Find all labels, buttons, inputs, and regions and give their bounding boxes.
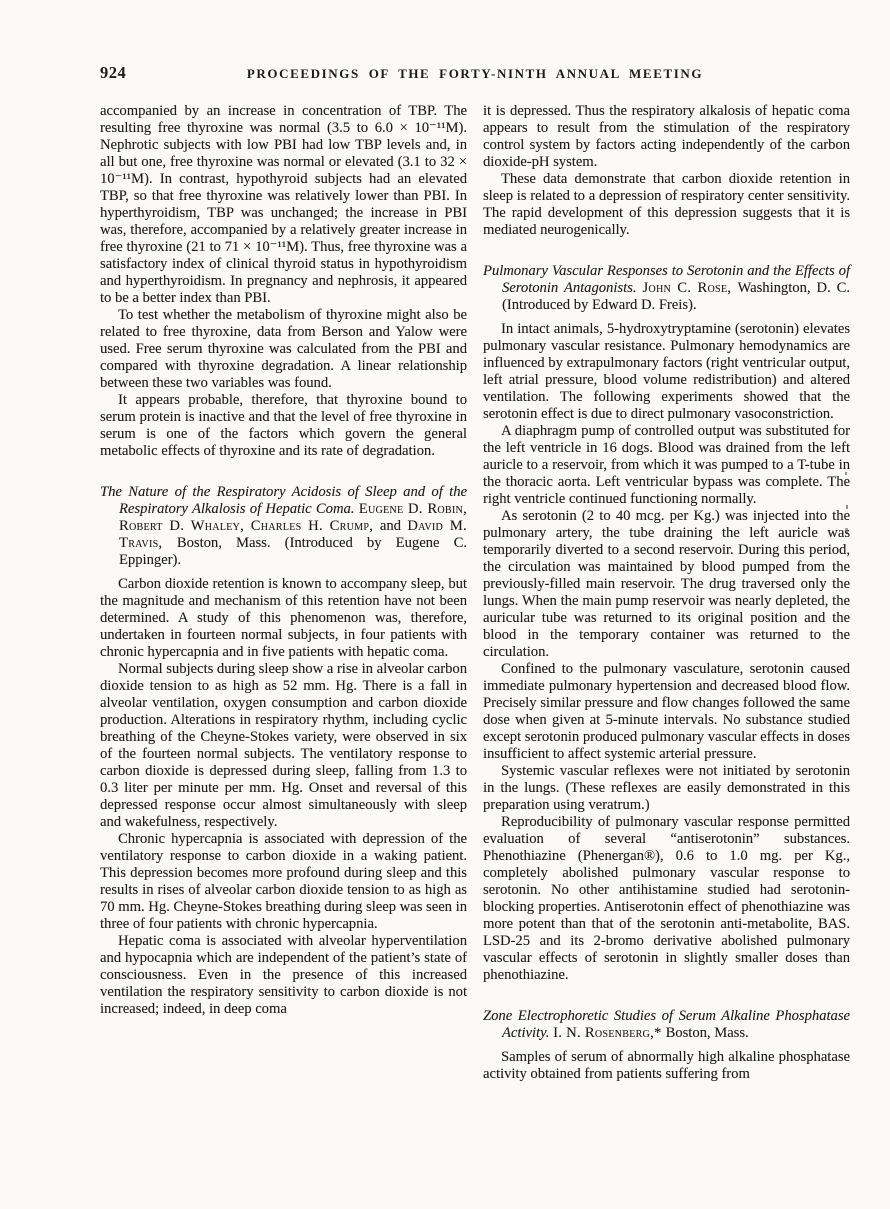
paragraph-reproducibility: Reproducibility of pulmonary vascular re… (483, 814, 850, 984)
right-column: it is depressed. Thus the respiratory al… (483, 103, 850, 1083)
paragraph-these-data: These data demonstrate that carbon dioxi… (483, 171, 850, 239)
paragraph-samples: Samples of serum of abnormally high alka… (483, 1049, 850, 1083)
paragraph-tbp-continuation: accompanied by an increase in concentrat… (100, 103, 467, 307)
abstract-heading-tail: Boston, Mass. (666, 1025, 749, 1041)
document-page: 924 PROCEEDINGS OF THE FORTY-NINTH ANNUA… (0, 0, 890, 1209)
running-head: PROCEEDINGS OF THE FORTY-NINTH ANNUAL ME… (100, 66, 850, 82)
paragraph-carbon-dioxide: Carbon dioxide retention is known to acc… (100, 576, 467, 661)
left-column: accompanied by an increase in concentrat… (100, 103, 467, 1018)
paragraph-it-appears: It appears probable, therefore, that thy… (100, 392, 467, 460)
paragraph-it-is-depressed: it is depressed. Thus the respiratory al… (483, 103, 850, 171)
paragraph-systemic: Systemic vascular reflexes were not init… (483, 763, 850, 814)
paragraph-in-intact: In intact animals, 5-hydroxytryptamine (… (483, 321, 850, 423)
paragraph-as-serotonin: As serotonin (2 to 40 mcg. per Kg.) was … (483, 508, 850, 661)
abstract-heading-zone: Zone Electrophoretic Studies of Serum Al… (483, 1008, 850, 1042)
scan-artifact (846, 505, 848, 509)
paragraph-normal-subjects: Normal subjects during sleep show a rise… (100, 661, 467, 831)
abstract-authors: I. N. Rosenberg,* (553, 1025, 666, 1041)
paragraph-confined: Confined to the pulmonary vasculature, s… (483, 661, 850, 763)
abstract-heading-respiratory: The Nature of the Respiratory Acidosis o… (100, 484, 467, 569)
paragraph-hepatic-coma: Hepatic coma is associated with alveolar… (100, 933, 467, 1018)
abstract-authors: John C. Rose, (642, 280, 737, 296)
scan-artifact (845, 472, 847, 475)
abstract-heading-serotonin: Pulmonary Vascular Responses to Serotoni… (483, 263, 850, 314)
abstract-authors-conjunction: and (380, 518, 407, 534)
paragraph-to-test: To test whether the metabolism of thyrox… (100, 307, 467, 392)
paragraph-diaphragm-pump: A diaphragm pump of controlled output wa… (483, 423, 850, 508)
scan-artifact (845, 528, 848, 533)
paragraph-chronic-hypercapnia: Chronic hypercapnia is associated with d… (100, 831, 467, 933)
